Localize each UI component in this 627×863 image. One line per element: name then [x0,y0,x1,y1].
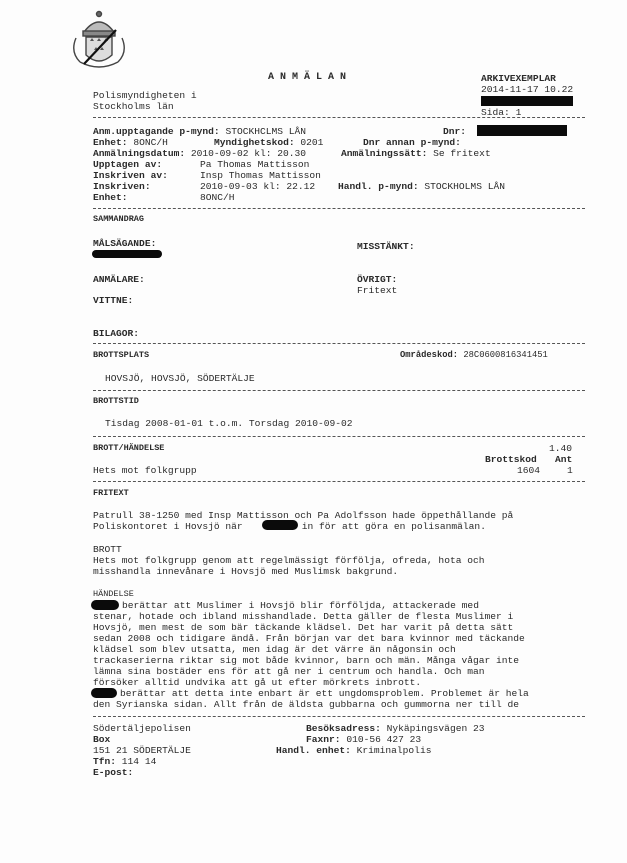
redacted-name [262,520,298,530]
swedish-police-crest-icon [62,8,136,74]
enhet-row: Enhet: 8ONC/H [93,137,168,148]
fritext-heading: FRITEXT [93,488,129,499]
document-title: ANMÄLAN [268,72,352,83]
brott-row-name: Hets mot folkgrupp [93,465,197,476]
footer-org: Södertäljepolisen [93,723,191,734]
brott-line1: Hets mot folkgrupp genom att regelmässig… [93,555,593,566]
ant-header: Ant [555,454,572,465]
myndighetskod: Myndighetskod: 0201 [214,137,323,148]
divider [93,481,585,482]
anmalningssatt: Anmälningssätt: Se fritext [341,148,491,159]
enhet2-label: Enhet: [93,192,128,203]
handelse-line6: trackaserierna riktar sig mot både kvinn… [93,655,593,666]
fritext-p1-line1: Patrull 38-1250 med Insp Mattisson och P… [93,510,593,521]
handelse-line10: den Syrianska sidan. Allt från de äldsta… [93,699,593,710]
archive-label: ARKIVEXEMPLAR [481,73,556,84]
handelse-line3: Hovsjö, men mest de som bär täckande klä… [93,622,593,633]
brottskod-header: Brottskod [485,454,537,465]
anm-row: Anm.upptagande p-mynd: STOCKHCLMS LÅN [93,126,306,137]
brott-version: 1.40 [549,443,572,454]
handelse-line8: försöker alltid undvika att gå ut efter … [93,677,593,688]
inskriven-av-label: Inskriven av: [93,170,168,181]
redacted-name [92,250,162,258]
divider [93,716,585,717]
divider [93,390,585,391]
datum-row: Anmälningsdatum: 2010-09-02 kl: 20.30 [93,148,306,159]
authority-line1: Polismyndigheten i [93,90,197,101]
handelse-line1: berättar att Muslimer i Hovsjö blir förf… [93,600,593,611]
handelse-line5: klädsel som blev utsatta, men idag är de… [93,644,593,655]
inskriven-av-value: Insp Thomas Mattisson [200,170,321,181]
sammandrag-heading: SAMMANDRAG [93,214,144,225]
brottstid-value: Tisdag 2008-01-01 t.o.m. Torsdag 2010-09… [105,418,353,429]
footer-epost: E-post: [93,767,133,778]
malsagande-label: MÅLSÄGANDE: [93,238,156,249]
inskriven-value: 2010-09-03 kl: 22.12 [200,181,315,192]
footer-handl-enhet: Handl. enhet: Kriminalpolis [276,745,431,756]
upptagen-value: Pa Thomas Mattisson [200,159,309,170]
vittne-label: VITTNE: [93,295,133,306]
brottsplats-value: HOVSJÖ, HOVSJÖ, SÖDERTÄLJE [105,373,255,384]
footer-postal: 151 21 SÖDERTÄLJE [93,745,191,756]
handelse-line9: berättar att detta inte enbart är ett un… [93,688,593,699]
handelse-subheading: HÄNDELSE [93,589,593,600]
redacted-dnr [477,125,567,136]
brott-row-ant: 1 [567,465,573,476]
dnr-label: Dnr: [443,126,466,137]
dnr-annan-label: Dnr annan p-mynd: [363,137,461,148]
handelse-line2: stenar, hotade och ibland misshandlade. … [93,611,593,622]
brott-row-kod: 1604 [517,465,540,476]
enhet2-value: 8ONC/H [200,192,235,203]
brott-heading: BROTT/HÄNDELSE [93,443,164,454]
divider [93,343,585,344]
brott-subheading: BROTT [93,544,593,555]
handelse-line7: lämna sina bostäder ens för att gå ner i… [93,666,593,677]
divider [93,208,585,209]
footer-tfn: Tfn: 114 14 [93,756,156,767]
redacted-block [481,96,573,106]
footer-besok: Besöksadress: Nykäpingsvägen 23 [306,723,484,734]
divider [93,436,585,437]
inskriven-label: Inskriven: [93,181,151,192]
omradeskod: Områdeskod: 28C0600816341451 [400,350,548,361]
misstankt-label: MISSTÄNKT: [357,241,415,252]
anmalare-label: ANMÄLARE: [93,274,145,285]
brottsplats-heading: BROTTSPLATS [93,350,149,361]
brottstid-heading: BROTTSTID [93,396,139,407]
brott-line2: misshandla innevånare i Hovsjö med Musli… [93,566,593,577]
upptagen-label: Upptagen av: [93,159,162,170]
fritext-p1-line2: Poliskontoret i Hovsjö närkom in för att… [93,521,593,532]
bilagor-label: BILAGOR: [93,328,139,339]
archive-datetime: 2014-11-17 10.22 [481,84,573,95]
ovrigt-value: Fritext [357,285,397,296]
footer-fax: Faxnr: 010-56 427 23 [306,734,421,745]
handl-p-mynd: Handl. p-mynd: STOCKHOLMS LÅN [338,181,505,192]
footer-box: Box [93,734,110,745]
authority-line2: Stockholms län [93,101,174,112]
handelse-line4: sedan 2008 och tidigare ändå. Från börja… [93,633,593,644]
ovrigt-label: ÖVRIGT: [357,274,397,285]
divider [93,117,585,118]
